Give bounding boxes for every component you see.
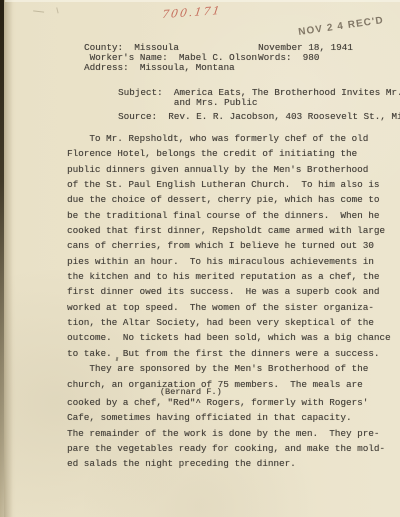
text-line: and Mrs. Public <box>118 98 400 108</box>
text-line: The remainder of the work is done by the… <box>67 426 391 441</box>
text-line: Words: 980 <box>258 53 353 63</box>
text-line: pies within an hour. To his miraculous a… <box>67 254 391 269</box>
text-line: of the St. Paul English Lutheran Church.… <box>67 177 391 192</box>
text-line: pare the vegetables ready for cooking, a… <box>67 441 391 456</box>
text-line: They are sponsored by the Men's Brotherh… <box>67 361 391 376</box>
text-line: To Mr. Repsholdt, who was formerly chef … <box>67 131 391 146</box>
text-line: public dinners given annually by the Men… <box>67 162 391 177</box>
text-line: due the choice of dessert, cherry pie, w… <box>67 192 391 207</box>
text-line: Cafe, sometimes having officiated in tha… <box>67 410 391 425</box>
text-line: be the traditional final course of the d… <box>67 208 391 223</box>
scanned-document-page: 700.171 NOV 2 4 REC'D County: Missoula W… <box>0 0 400 517</box>
received-date-stamp: NOV 2 4 REC'D <box>298 15 385 38</box>
text-line: outcome. No tickets had been sold, which… <box>67 330 391 345</box>
text-line: cooked that first dinner, Repsholdt came… <box>67 223 391 238</box>
text-line: Address: Missoula, Montana <box>84 63 257 73</box>
paper-crease-mark <box>33 10 44 14</box>
text-line: cans of cherries, from which I believe h… <box>67 238 391 253</box>
text-line: worked at top speed. The women of the si… <box>67 300 391 315</box>
text-line: Florence Hotel, belongs the credit of in… <box>67 146 391 161</box>
handwritten-file-number: 700.171 <box>161 4 222 21</box>
text-line: cooked by a chef, "Red"^ Rogers, formerl… <box>67 395 391 410</box>
text-line: the kitchen and to his merited reputatio… <box>67 269 391 284</box>
header-right-column: November 18, 1941Words: 980 <box>258 43 353 63</box>
manuscript-body: To Mr. Repsholdt, who was formerly chef … <box>67 131 391 472</box>
scan-top-edge-highlight <box>5 0 400 2</box>
header-left-column: County: Missoula Worker's Name: Mabel C.… <box>84 43 257 74</box>
subject-block: Subject: America Eats, The Brotherhood I… <box>118 88 400 109</box>
text-line: first dinner owed its success. He was a … <box>67 284 391 299</box>
paper-crease-mark <box>51 7 58 14</box>
text-line: tion, the Altar Society, had been very s… <box>67 315 391 330</box>
scan-left-edge-soft-shadow <box>4 0 13 517</box>
source-line: Source: Rev. E. R. Jacobson, 403 Rooseve… <box>118 111 400 122</box>
text-line: ed salads the night preceding the dinner… <box>67 456 391 471</box>
